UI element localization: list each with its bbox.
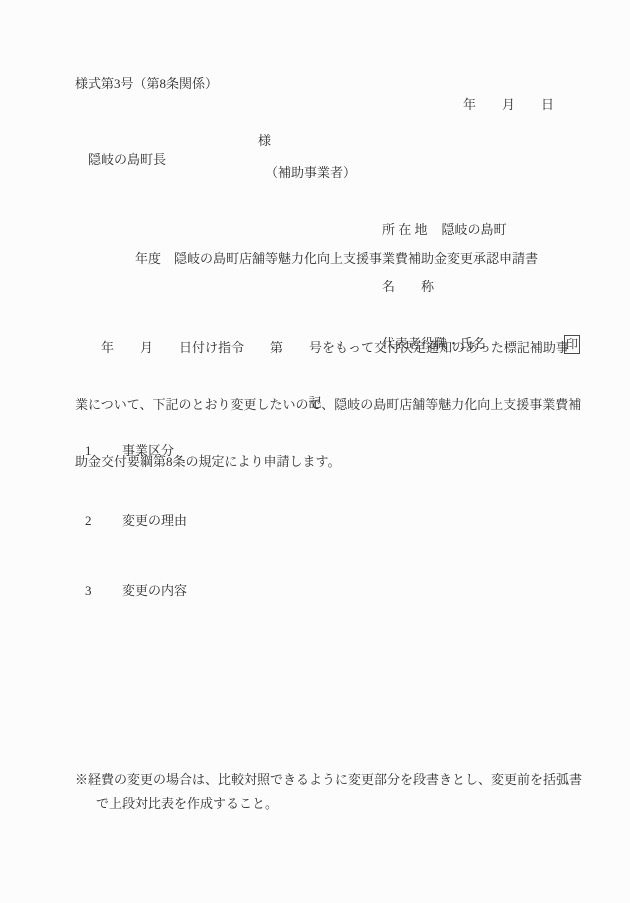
item-label: 変更の内容 — [122, 581, 187, 600]
footnote-line: で上段対比表を作成すること。 — [96, 794, 278, 813]
body-paragraph-line: 年 月 日付け指令 第 号をもって交付決定通知のあった標記補助事 — [75, 338, 575, 357]
addressee-name: 隠岐の島町長 — [88, 152, 166, 167]
footnote-line: ※経費の変更の場合は、比較対照できるように変更部分を段書きとし、変更前を括弧書 — [75, 770, 582, 789]
addressee-honorific: 様 — [258, 131, 271, 150]
list-item-business-category: 1 事業区分 — [85, 441, 174, 460]
list-item-change-details: 3 変更の内容 — [85, 581, 187, 600]
item-number: 1 — [85, 441, 122, 460]
application-form-page: 様式第3号（第8条関係） 年 月 日 隠岐の島町長 様 （補助事業者） 所 在 … — [0, 0, 630, 903]
item-label: 事業区分 — [122, 441, 174, 460]
list-item-change-reason: 2 変更の理由 — [85, 511, 187, 530]
item-number: 3 — [85, 581, 122, 600]
record-heading: 記 — [0, 393, 630, 412]
date-fill-in-line: 年 月 日 — [463, 95, 554, 114]
form-number: 様式第3号（第8条関係） — [75, 74, 218, 93]
applicant-address-row: 所 在 地隠岐の島町 — [356, 201, 580, 220]
item-label: 変更の理由 — [122, 511, 187, 530]
document-title: 年度 隠岐の島町店舗等魅力化向上支援事業費補助金変更承認申請書 — [135, 249, 538, 268]
name-field-label: 名 称 — [382, 279, 434, 294]
item-number: 2 — [85, 511, 122, 530]
address-field-label: 所 在 地 — [382, 222, 428, 237]
address-field-value: 隠岐の島町 — [442, 222, 507, 237]
applicant-label: （補助事業者） — [265, 163, 356, 182]
